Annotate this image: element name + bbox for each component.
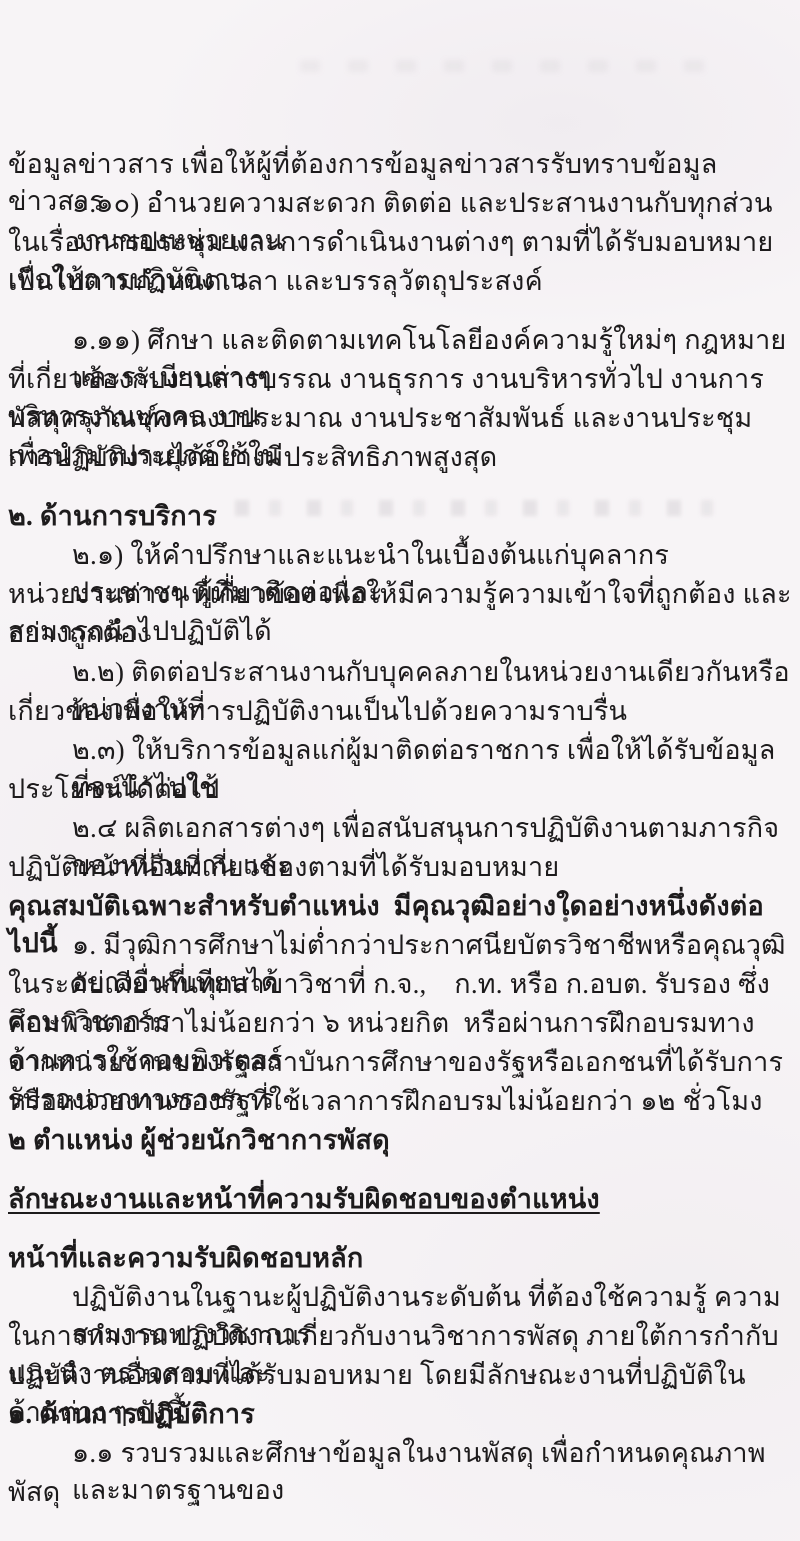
body-text-line: ปฏิบัติหน้าที่อื่นที่เกี่ยวข้องตามที่ได้… <box>8 849 792 888</box>
body-text-line: ที่เกี่ยวข้องกับงานสารบรรณ งานธุรการ งาน… <box>8 361 792 400</box>
body-text-line: หน่วยงานต่างๆ ที่เกี่ยวข้อง เพื่อให้มีคว… <box>8 576 792 615</box>
body-text-line: ๒.๔ ผลิตเอกสารต่างๆ เพื่อสนับสนุนการปฏิบ… <box>8 810 792 849</box>
heading-line: ๑. ด้านการปฏิบัติการ <box>8 1396 792 1435</box>
body-text-line: ๑.๑๑) ศึกษา และติดตามเทคโนโลยีองค์ความรู… <box>8 322 792 361</box>
document-text-block: ข้อมูลข่าวสาร เพื่อให้ผู้ที่ต้องการข้อมู… <box>8 146 792 1513</box>
body-text-line: ๑.๑๐) อำนวยความสะดวก ติดต่อ และประสานงาน… <box>8 185 792 224</box>
body-text-line: เกี่ยวข้องเพื่อให้การปฏิบัติงานเป็นไปด้ว… <box>8 693 792 732</box>
body-text-line: คอมพิวเตอร์มาไม่น้อยกว่า ๖ หน่วยกิต หรือ… <box>8 1005 792 1044</box>
body-text-line: หรือหน่วยงานของรัฐที่ใช้เวลาการฝึกอบรมไม… <box>8 1083 792 1122</box>
body-text-line: ปฏิบัติงานอื่นตามที่ได้รับมอบหมาย โดยมีล… <box>8 1357 792 1396</box>
body-text-line: ในระดับเดียวกันทุกสาขาวิชาที่ ก.จ., ก.ท.… <box>8 966 792 1005</box>
heading-line: ๒. ด้านการบริการ <box>8 498 792 537</box>
body-text-line: อย่างถูกต้อง <box>8 615 792 654</box>
body-text-line: ข้อมูลข่าวสาร เพื่อให้ผู้ที่ต้องการข้อมู… <box>8 146 792 185</box>
underlined-heading-line: ลักษณะงานและหน้าที่ความรับผิดชอบของตำแหน… <box>8 1181 792 1220</box>
body-text-line: ๒.๒) ติดต่อประสานงานกับบุคคลภายในหน่วยงา… <box>8 654 792 693</box>
body-text-line: ในเรื่องการประชุม และการดำเนินงานต่างๆ ต… <box>8 224 792 263</box>
document-page: ข้อมูลข่าวสาร เพื่อให้ผู้ที่ต้องการข้อมู… <box>0 0 800 1541</box>
body-text-line: เป็นไปตามกำหนดเวลา และบรรลุวัตถุประสงค์ <box>8 263 792 302</box>
body-text-line: ประโยชน์ได้ต่อไป <box>8 771 792 810</box>
heading-line: หน้าที่และความรับผิดชอบหลัก <box>8 1240 792 1279</box>
heading-line: ๒ ตำแหน่ง ผู้ช่วยนักวิชาการพัสดุ <box>8 1122 792 1161</box>
body-text-line: ๒.๓) ให้บริการข้อมูลแก่ผู้มาติดต่อราชการ… <box>8 732 792 771</box>
body-text-line: พัสดุครุภัณฑ์งานงบประมาณ งานประชาสัมพันธ… <box>8 400 792 439</box>
body-text-line: ปฏิบัติงานในฐานะผู้ปฏิบัติงานระดับต้น ที… <box>8 1279 792 1318</box>
heading-line: คุณสมบัติเฉพาะสำหรับตำแหน่ง มีคุณวุฒิอย่… <box>8 888 792 927</box>
body-text-line: การปฏิบัติงานได้อย่างมีประสิทธิภาพสูงสุด <box>8 439 792 478</box>
body-text-line: จากหน่วยงานของรัฐสถาบันการศึกษาของรัฐหรื… <box>8 1044 792 1083</box>
body-text-line: ในการทำงาน ปฏิบัติงานเกี่ยวกับงานวิชาการ… <box>8 1318 792 1357</box>
body-text-line: ๑.๑ รวบรวมและศึกษาข้อมูลในงานพัสดุ เพื่อ… <box>8 1435 792 1474</box>
body-text-line: ๑. มีวุฒิการศึกษาไม่ต่ำกว่าประกาศนียบัตร… <box>8 927 792 966</box>
body-text-line: ๒.๑) ให้คำปรึกษาและแนะนำในเบื้องต้นแก่บุ… <box>8 537 792 576</box>
